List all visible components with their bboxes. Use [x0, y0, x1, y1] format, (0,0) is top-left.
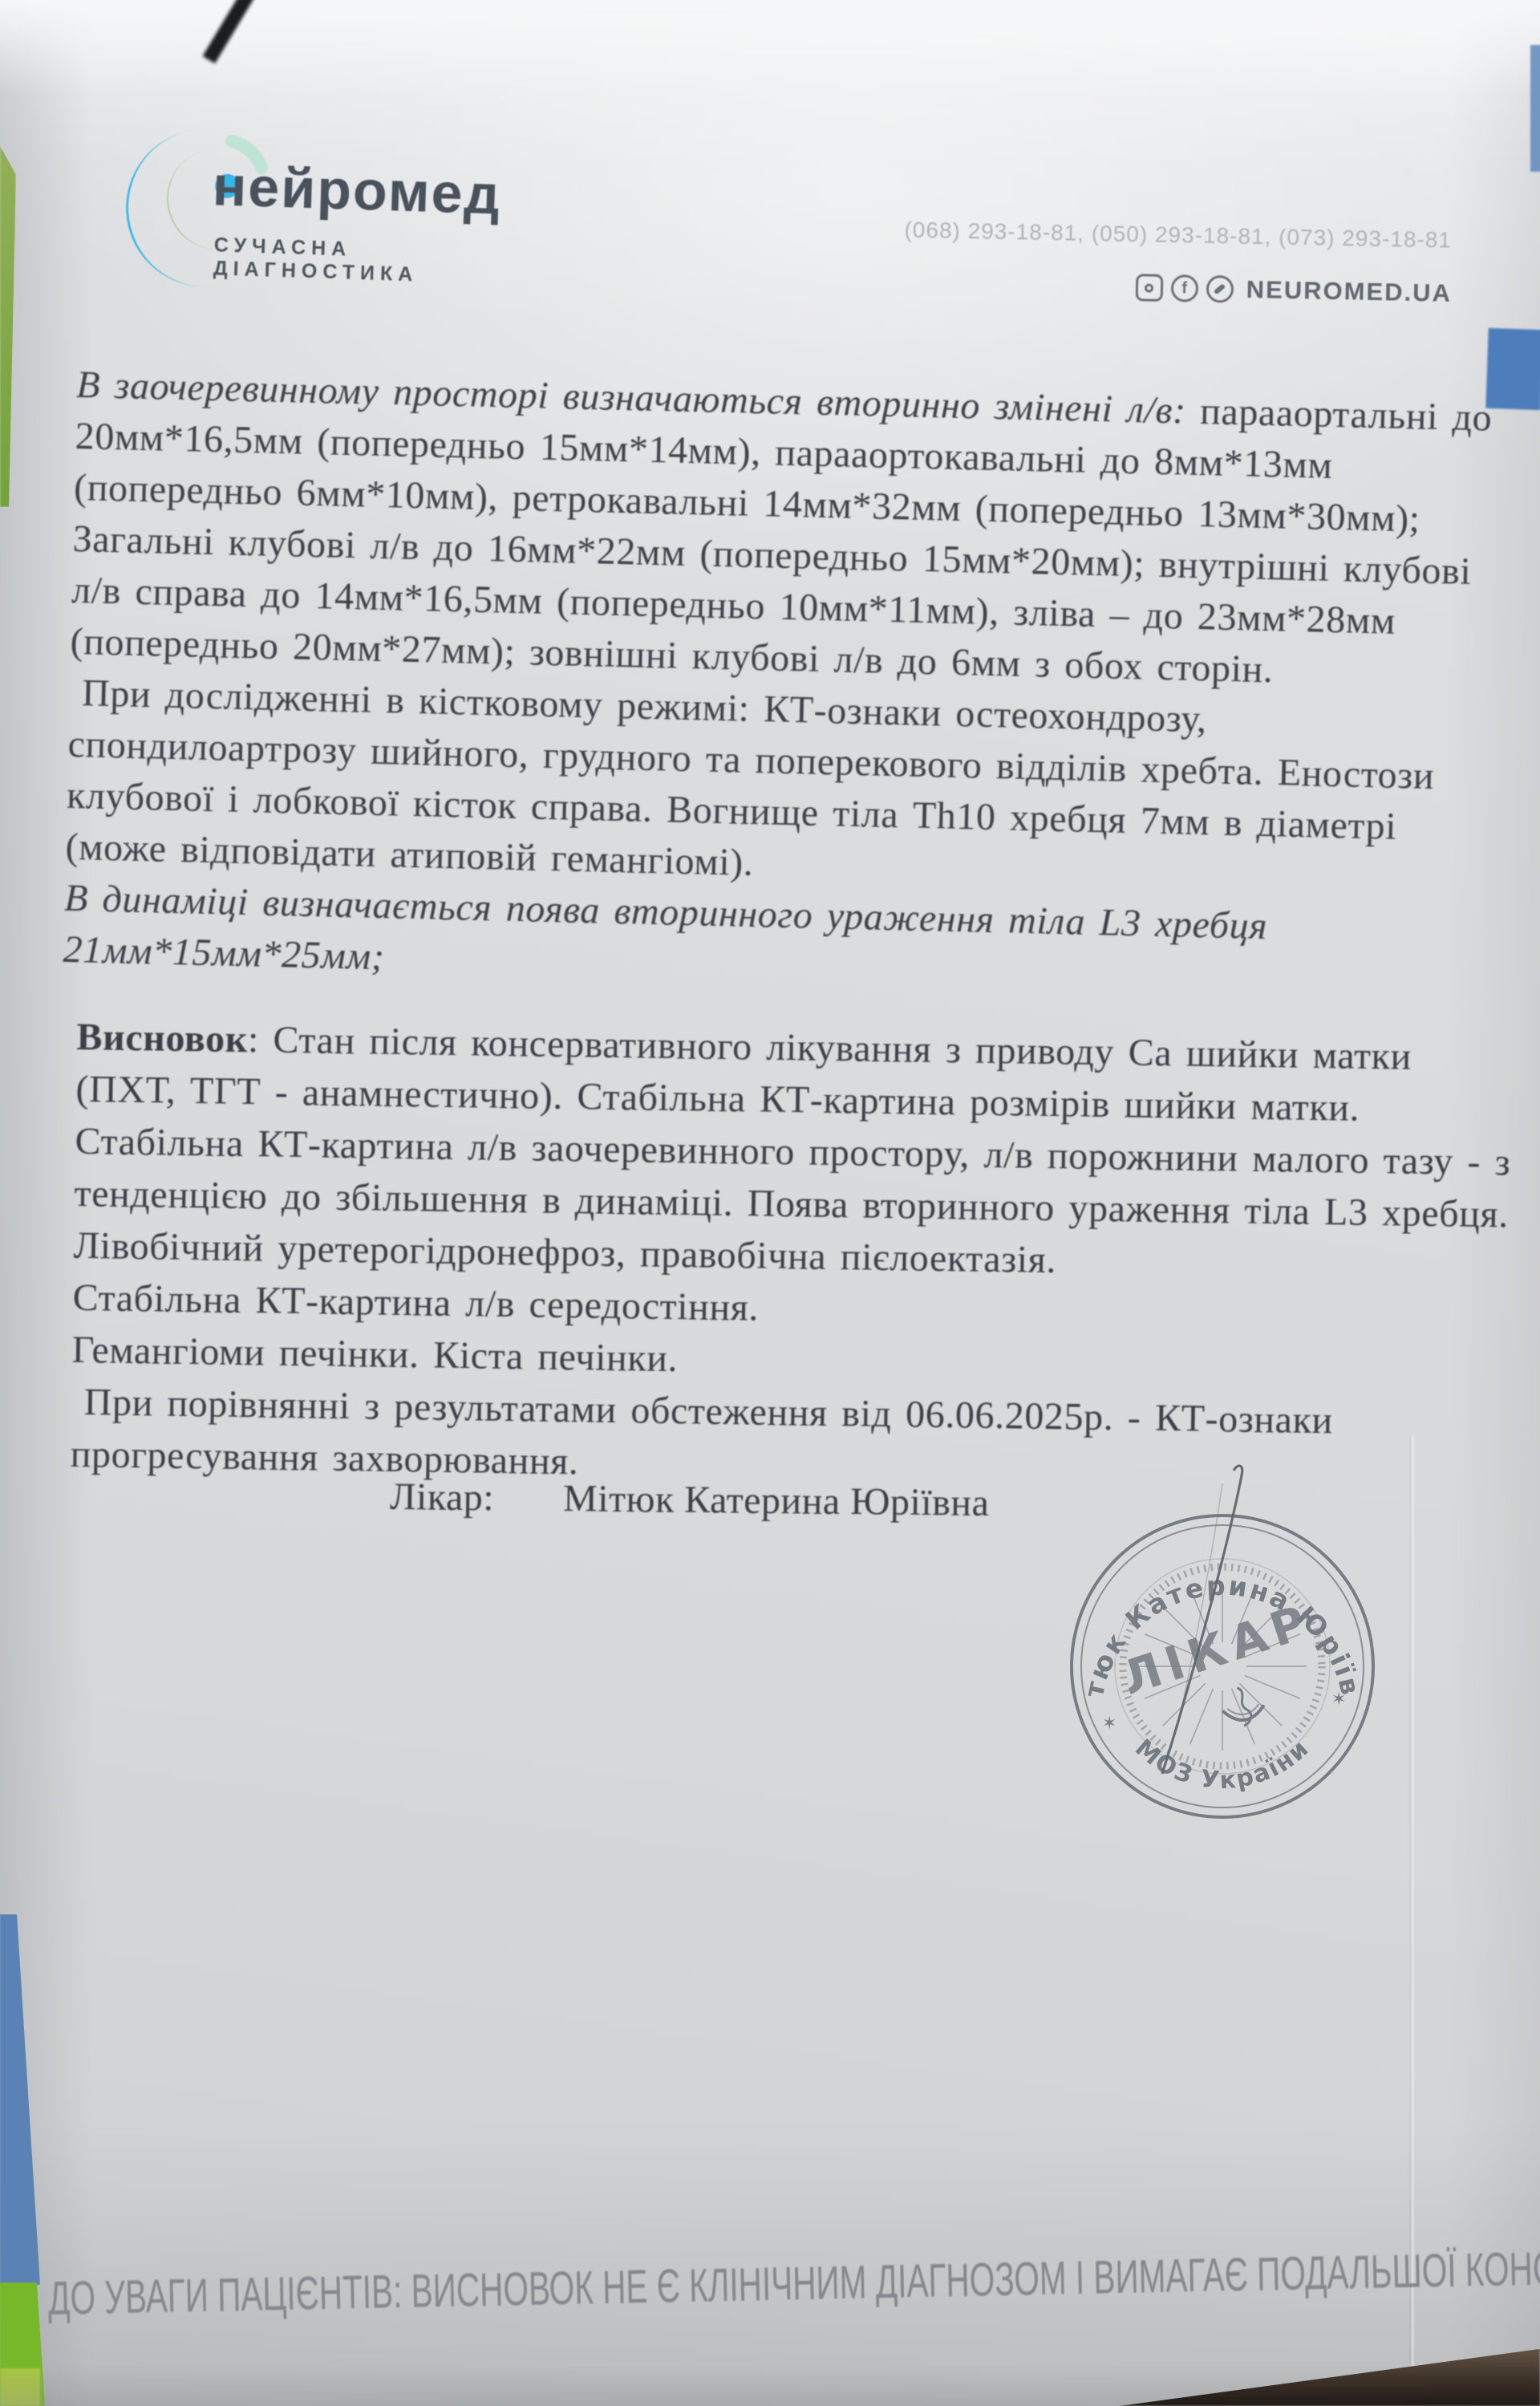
doctor-name: Мітюк Катерина Юріївна	[563, 1476, 990, 1525]
conclusion-paragraph: Висновок: Стан після консервативного лік…	[70, 1011, 1512, 1501]
conclusion-label: Висновок	[76, 1016, 248, 1061]
facebook-icon: f	[1170, 274, 1198, 302]
clinic-phones: (068) 293-18-81, (050) 293-18-81, (073) …	[810, 215, 1452, 253]
folder-edge-blue-right	[1485, 328, 1540, 410]
footer-notice: ДО УВАГИ ПАЦІЄНТІВ: ВИСНОВОК НЕ Є КЛІНІЧ…	[47, 2242, 1540, 2327]
findings-paragraph: В заочеревинному просторі визначаються в…	[63, 359, 1493, 1008]
folder-edge-blue-sliver	[1530, 45, 1540, 172]
stamp-star-right: ✶	[1331, 1689, 1346, 1709]
doctor-row: Лікар: Мітюк Катерина Юріївна	[390, 1475, 990, 1525]
clinic-tagline: СУЧАСНА ДІАГНОСТИКА	[213, 233, 419, 286]
document-photo: нейромед СУЧАСНА ДІАГНОСТИКА (068) 293-1…	[0, 0, 1540, 2406]
doctor-label: Лікар:	[390, 1475, 495, 1519]
doctor-stamp: Мітюк Катерина Юріївна МОЗ України ✶ ✶ Л…	[1062, 1458, 1383, 1843]
folder-edge-green-top	[0, 146, 16, 507]
phone-icon	[1206, 275, 1234, 303]
stamp-medical-bowl-icon	[1220, 1685, 1266, 1729]
clinic-name: нейромед	[212, 153, 502, 226]
website-row: f NEUROMED.UA	[962, 270, 1453, 308]
stamp-star-left: ✶	[1102, 1713, 1116, 1733]
website-url: NEUROMED.UA	[1246, 275, 1452, 308]
instagram-icon	[1135, 274, 1163, 302]
folder-edge-blue	[0, 1914, 40, 2285]
